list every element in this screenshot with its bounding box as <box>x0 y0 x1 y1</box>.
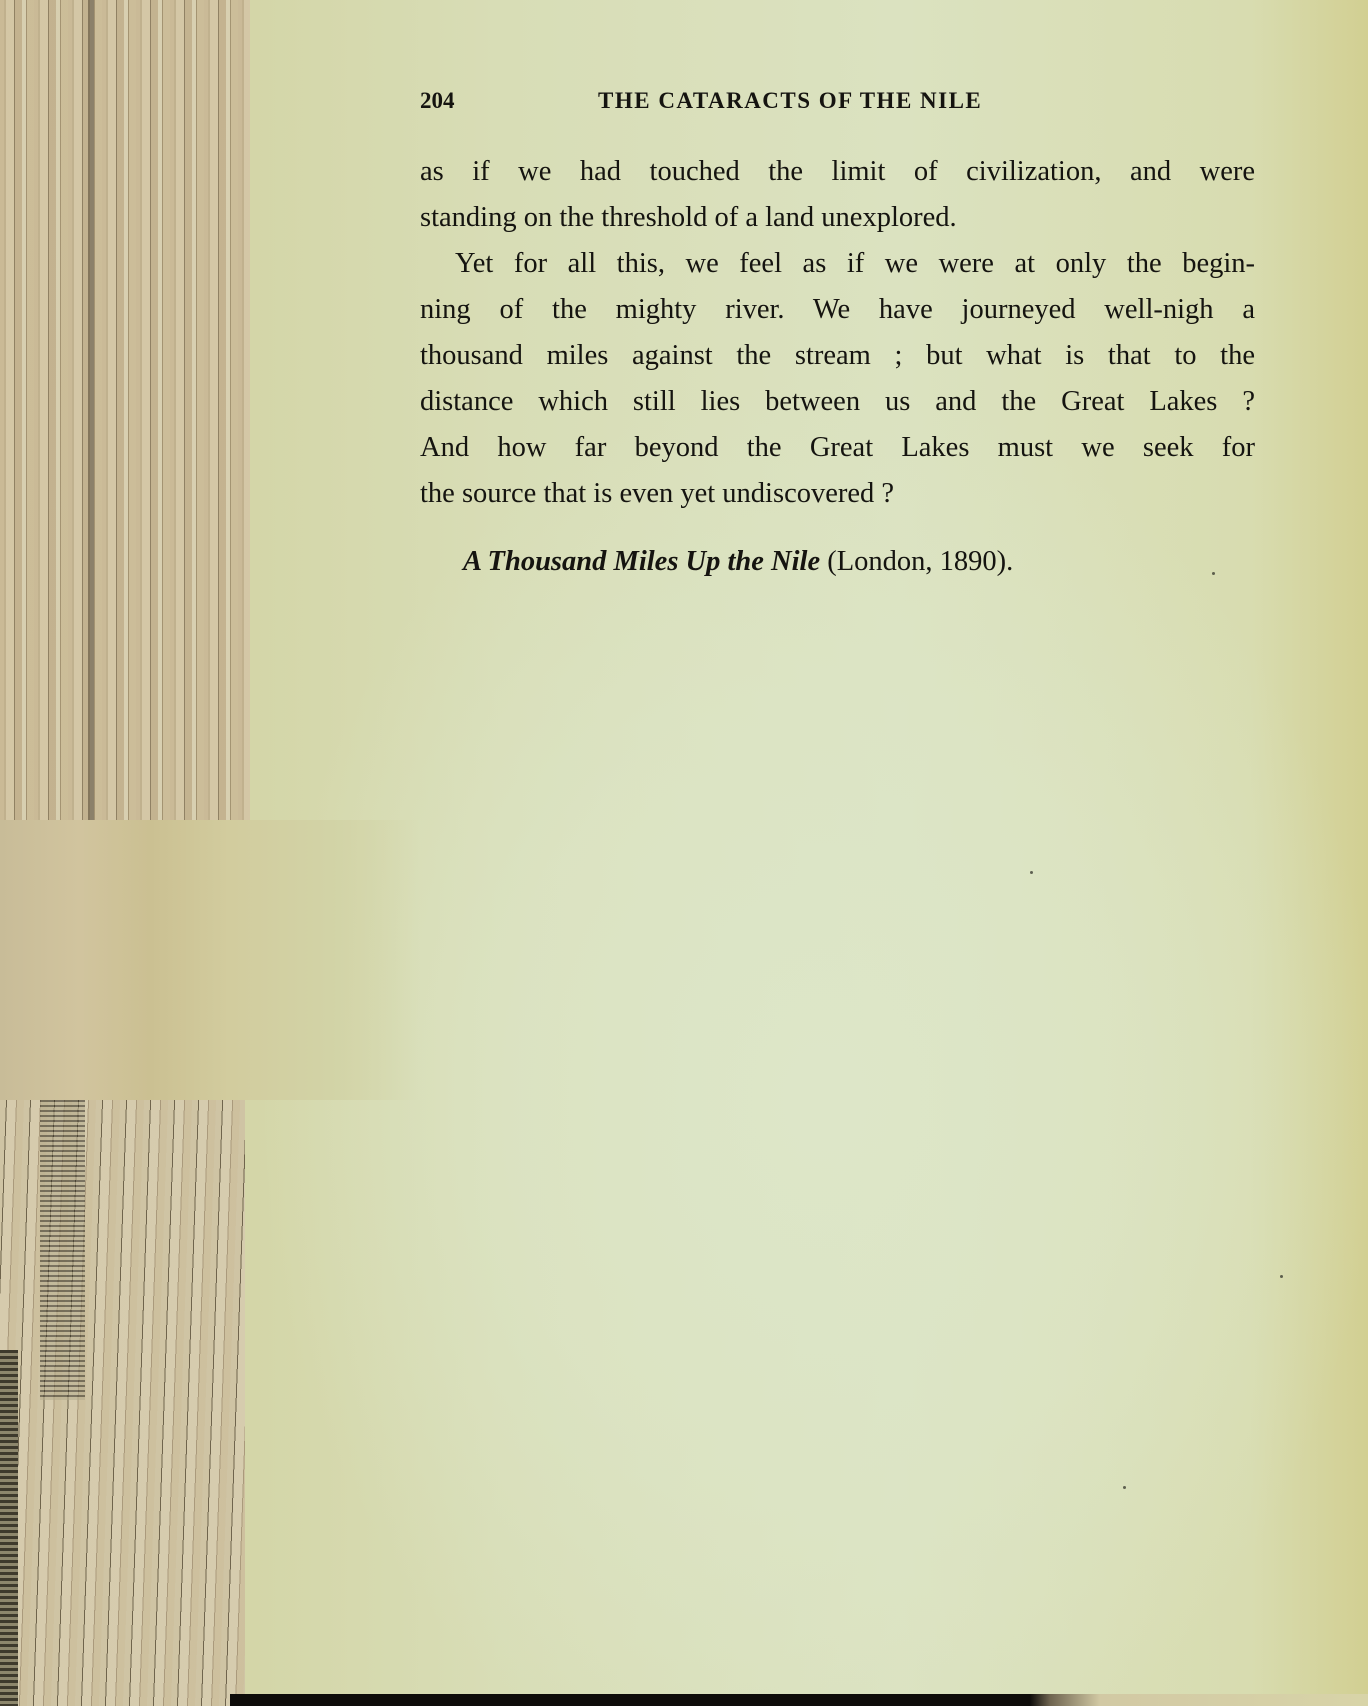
page-edges-lower <box>0 1100 245 1706</box>
page-number: 204 <box>420 88 455 114</box>
paper-speck <box>1123 1486 1126 1489</box>
text-line: distance which still lies between us and… <box>420 379 1255 425</box>
book-page-edges <box>0 0 250 1706</box>
running-head: 204 THE CATARACTS OF THE NILE <box>420 88 1255 128</box>
text-line: the source that is even yet undiscovered… <box>420 471 1255 517</box>
text-line: as if we had touched the limit of civili… <box>420 149 1255 195</box>
source-citation: A Thousand Miles Up the Nile (London, 18… <box>420 539 1255 585</box>
paper-speck <box>1212 572 1215 575</box>
paper-speck <box>1030 871 1033 874</box>
text-line: Yet for all this, we feel as if we were … <box>420 241 1255 287</box>
text-line: And how far beyond the Great Lakes must … <box>420 425 1255 471</box>
page-edges-upper <box>0 0 250 820</box>
page-bottom-edge <box>230 1694 1368 1706</box>
page-text-block: 204 THE CATARACTS OF THE NILE as if we h… <box>420 88 1255 585</box>
page-edges-middle-blur <box>0 820 420 1100</box>
text-line: thousand miles against the stream ; but … <box>420 333 1255 379</box>
text-line: ning of the mighty river. We have journe… <box>420 287 1255 333</box>
paragraph-1: as if we had touched the limit of civili… <box>420 149 1255 241</box>
paper-speck <box>1280 1275 1283 1278</box>
running-head-title: THE CATARACTS OF THE NILE <box>598 88 982 114</box>
page-edges-dark-strip <box>0 1350 18 1706</box>
page-edge-shadow <box>88 0 94 820</box>
text-line: standing on the threshold of a land unex… <box>420 195 1255 241</box>
citation-details: (London, 1890). <box>820 546 1013 577</box>
paragraph-2: Yet for all this, we feel as if we were … <box>420 241 1255 517</box>
page-edges-dark-cluster <box>40 1100 85 1400</box>
citation-book-title: A Thousand Miles Up the Nile <box>463 546 820 577</box>
scanned-book-page: 204 THE CATARACTS OF THE NILE as if we h… <box>0 0 1368 1706</box>
